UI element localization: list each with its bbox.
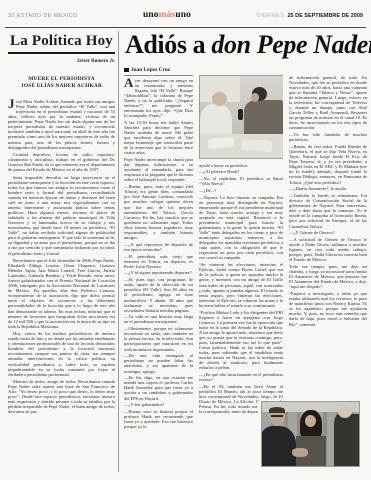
photo-man-right-body — [334, 414, 359, 466]
masthead-logo: unomásuno — [143, 10, 191, 20]
photo-paper — [242, 139, 273, 152]
la-politica-hoy-column: La Política Hoy Javier Romero Jr. MUERE … — [8, 31, 115, 478]
paragraph: —A solicitud de Gómez de Orozco le ayudé… — [289, 237, 367, 262]
byline-name: Juan López Cruz — [131, 67, 170, 73]
paragraph: —¿En qué año incursionaste en el periodi… — [199, 372, 283, 382]
column-kicker: MUERE EL PERIODISTA JOSÉ ELÍAS NADER ACH… — [8, 76, 115, 92]
paragraph: de información general, de todo. En Nove… — [289, 75, 367, 131]
column-title: La Política Hoy — [8, 31, 115, 50]
paragraph: —¿Al profesor Hank? — [199, 169, 283, 174]
dropcap: J — [8, 99, 16, 110]
paragraph: —Obviamente, porque no solamente incursi… — [124, 326, 193, 351]
lead-paragraph: José Elías Nader Achkar, llamado por tod… — [8, 99, 115, 149]
paragraph: Cronista deportivo, locutor de radio, re… — [8, 152, 115, 172]
paragraph: Todo ese tiempo, pues, me dejó mi chamba… — [289, 264, 367, 289]
photo-glasses — [271, 415, 283, 417]
paragraph: —¿A qué reporteros de deportes de esa ép… — [124, 242, 193, 252]
column-body: José Elías Nader Achkar, llamado por tod… — [8, 99, 115, 414]
lead-paragraph: Ayer desayuné con un amigo en un restaur… — [124, 78, 193, 118]
lead-text: yer desayuné con un amigo en un restaura… — [124, 78, 193, 118]
paragraph: ayudé a hacer su periódico: — [199, 163, 283, 168]
photo-man-left-hair — [269, 407, 285, 413]
article-column-1: Ayer desayuné con un amigo en un restaur… — [124, 78, 193, 478]
paragraph: —El periodista más viejo que tenemos en … — [124, 254, 193, 269]
paragraph: Sería imposible describir su larga traye… — [8, 175, 115, 256]
paragraph: —Bueno, tuvo su historia porque el profe… — [124, 409, 193, 429]
dropcap: A — [124, 78, 135, 89]
paragraph: Pepe Nader interrumpe la charla para dar… — [124, 157, 193, 182]
masthead-mas: más — [159, 10, 176, 20]
paragraph: —No, al candidato. El periódico se llamó… — [199, 176, 283, 186]
photo-figure-left-head — [212, 92, 227, 106]
paragraph: —Sí, pues sigo con programas de radio, a… — [124, 277, 193, 312]
paragraph: “Se vinieron las elecciones, intervino e… — [199, 262, 283, 307]
newspaper-page: { "header": { "section": "32 ESTADO DE M… — [0, 0, 371, 480]
column-author: Javier Romero Jr. — [8, 59, 115, 64]
paragraph: —Tú has sido fundador de muchos periódic… — [289, 132, 367, 142]
photo-woman-face — [305, 415, 316, 427]
column-title-rule — [8, 52, 115, 54]
paragraph: —Nayarit. Lo hizo durante su campaña. Er… — [199, 195, 283, 261]
paragraph: —También lo fundé; se entusiasma. Fui di… — [289, 193, 367, 228]
article-photo-interview — [199, 75, 283, 159]
column-paragraphs: ayudé a hacer su periódico:—¿Al profesor… — [199, 163, 283, 415]
weekday-label: VIERNES — [256, 13, 284, 19]
photo-hands — [292, 448, 308, 457]
paragraph: —¿De...? — [199, 188, 283, 193]
photo-figure-right-face — [251, 93, 259, 102]
column-paragraphs: Cronista deportivo, locutor de radio, re… — [8, 152, 115, 414]
column-paragraphs: A las 15:30 horas me habló Santos Sánche… — [124, 120, 193, 429]
photo-man-left-body — [261, 426, 296, 466]
headline-italic: don Pepe Nader — [211, 30, 371, 59]
paragraph: —Tu vida es una historia muy larga en el… — [124, 314, 193, 324]
column-paragraphs: de información general, de todo. En Nove… — [289, 75, 367, 327]
section-label: 32 ESTADO DE MEXICO — [8, 13, 78, 19]
lead-text: osé Elías Nader Achkar, llamado por todo… — [8, 99, 115, 149]
masthead-uno1: uno — [143, 10, 159, 20]
paragraph: —Bueno, de casi todos. Fundé Rumbo de Qu… — [289, 144, 367, 184]
masthead-uno2: uno — [175, 10, 191, 20]
photo-man-right-head — [338, 405, 352, 418]
kicker-line2: JOSÉ ELÍAS NADER ACHKAR — [8, 83, 115, 91]
paragraph: —¿Diario Amanecer?, le ayudo. — [289, 186, 367, 191]
column-divider — [118, 31, 119, 472]
article-headline: Adiós a don Pepe Nader — [125, 30, 367, 60]
paragraph: Recordamos que el 6 de diciembre de 2006… — [8, 258, 115, 329]
article-photo-street — [261, 401, 360, 467]
article-photo-street-wrap — [258, 401, 360, 467]
photo-microphone — [238, 109, 243, 120]
paragraph: Hoy, varios de los medios periodísticos … — [8, 331, 115, 376]
paragraph: “Porfirio Muñoz Ledo y los dirigentes de… — [199, 310, 283, 371]
date-label: VIERNES25 DE SEPTIEMBRE DE 2009 — [256, 13, 363, 19]
paragraph: “Empecé a investigarle, y sabía yo que e… — [289, 291, 367, 326]
byline-square-icon — [124, 68, 129, 73]
paragraph: —Bueno, pues, todo el equipo (del Toluca… — [124, 184, 193, 240]
header-rule — [5, 27, 366, 28]
paragraph: —De una vida entregada al periodismo no … — [124, 353, 193, 373]
paragraph: —¿Y fue gobernador? — [124, 402, 193, 407]
paragraph: Maestro de todos, amigo de todos. Record… — [8, 379, 115, 414]
page-header: 32 ESTADO DE MEXICO unomásuno VIERNES25 … — [8, 10, 363, 22]
paragraph: —¿Y tú sigues reporteando deportes? — [124, 270, 193, 275]
date-value: 25 DE SEPTIEMBRE DE 2009 — [287, 13, 363, 19]
paragraph: —En fin, digo, en una ocasión me mandó u… — [124, 375, 193, 400]
article-byline: Juan López Cruz — [124, 67, 193, 76]
headline-roman: Adiós a — [125, 30, 211, 59]
paragraph: —¿Y Gómez de Orozco? — [289, 230, 367, 235]
photo-figure-right-body — [244, 100, 283, 138]
paragraph: A las 15:30 horas me habló Santos Sánche… — [124, 120, 193, 155]
